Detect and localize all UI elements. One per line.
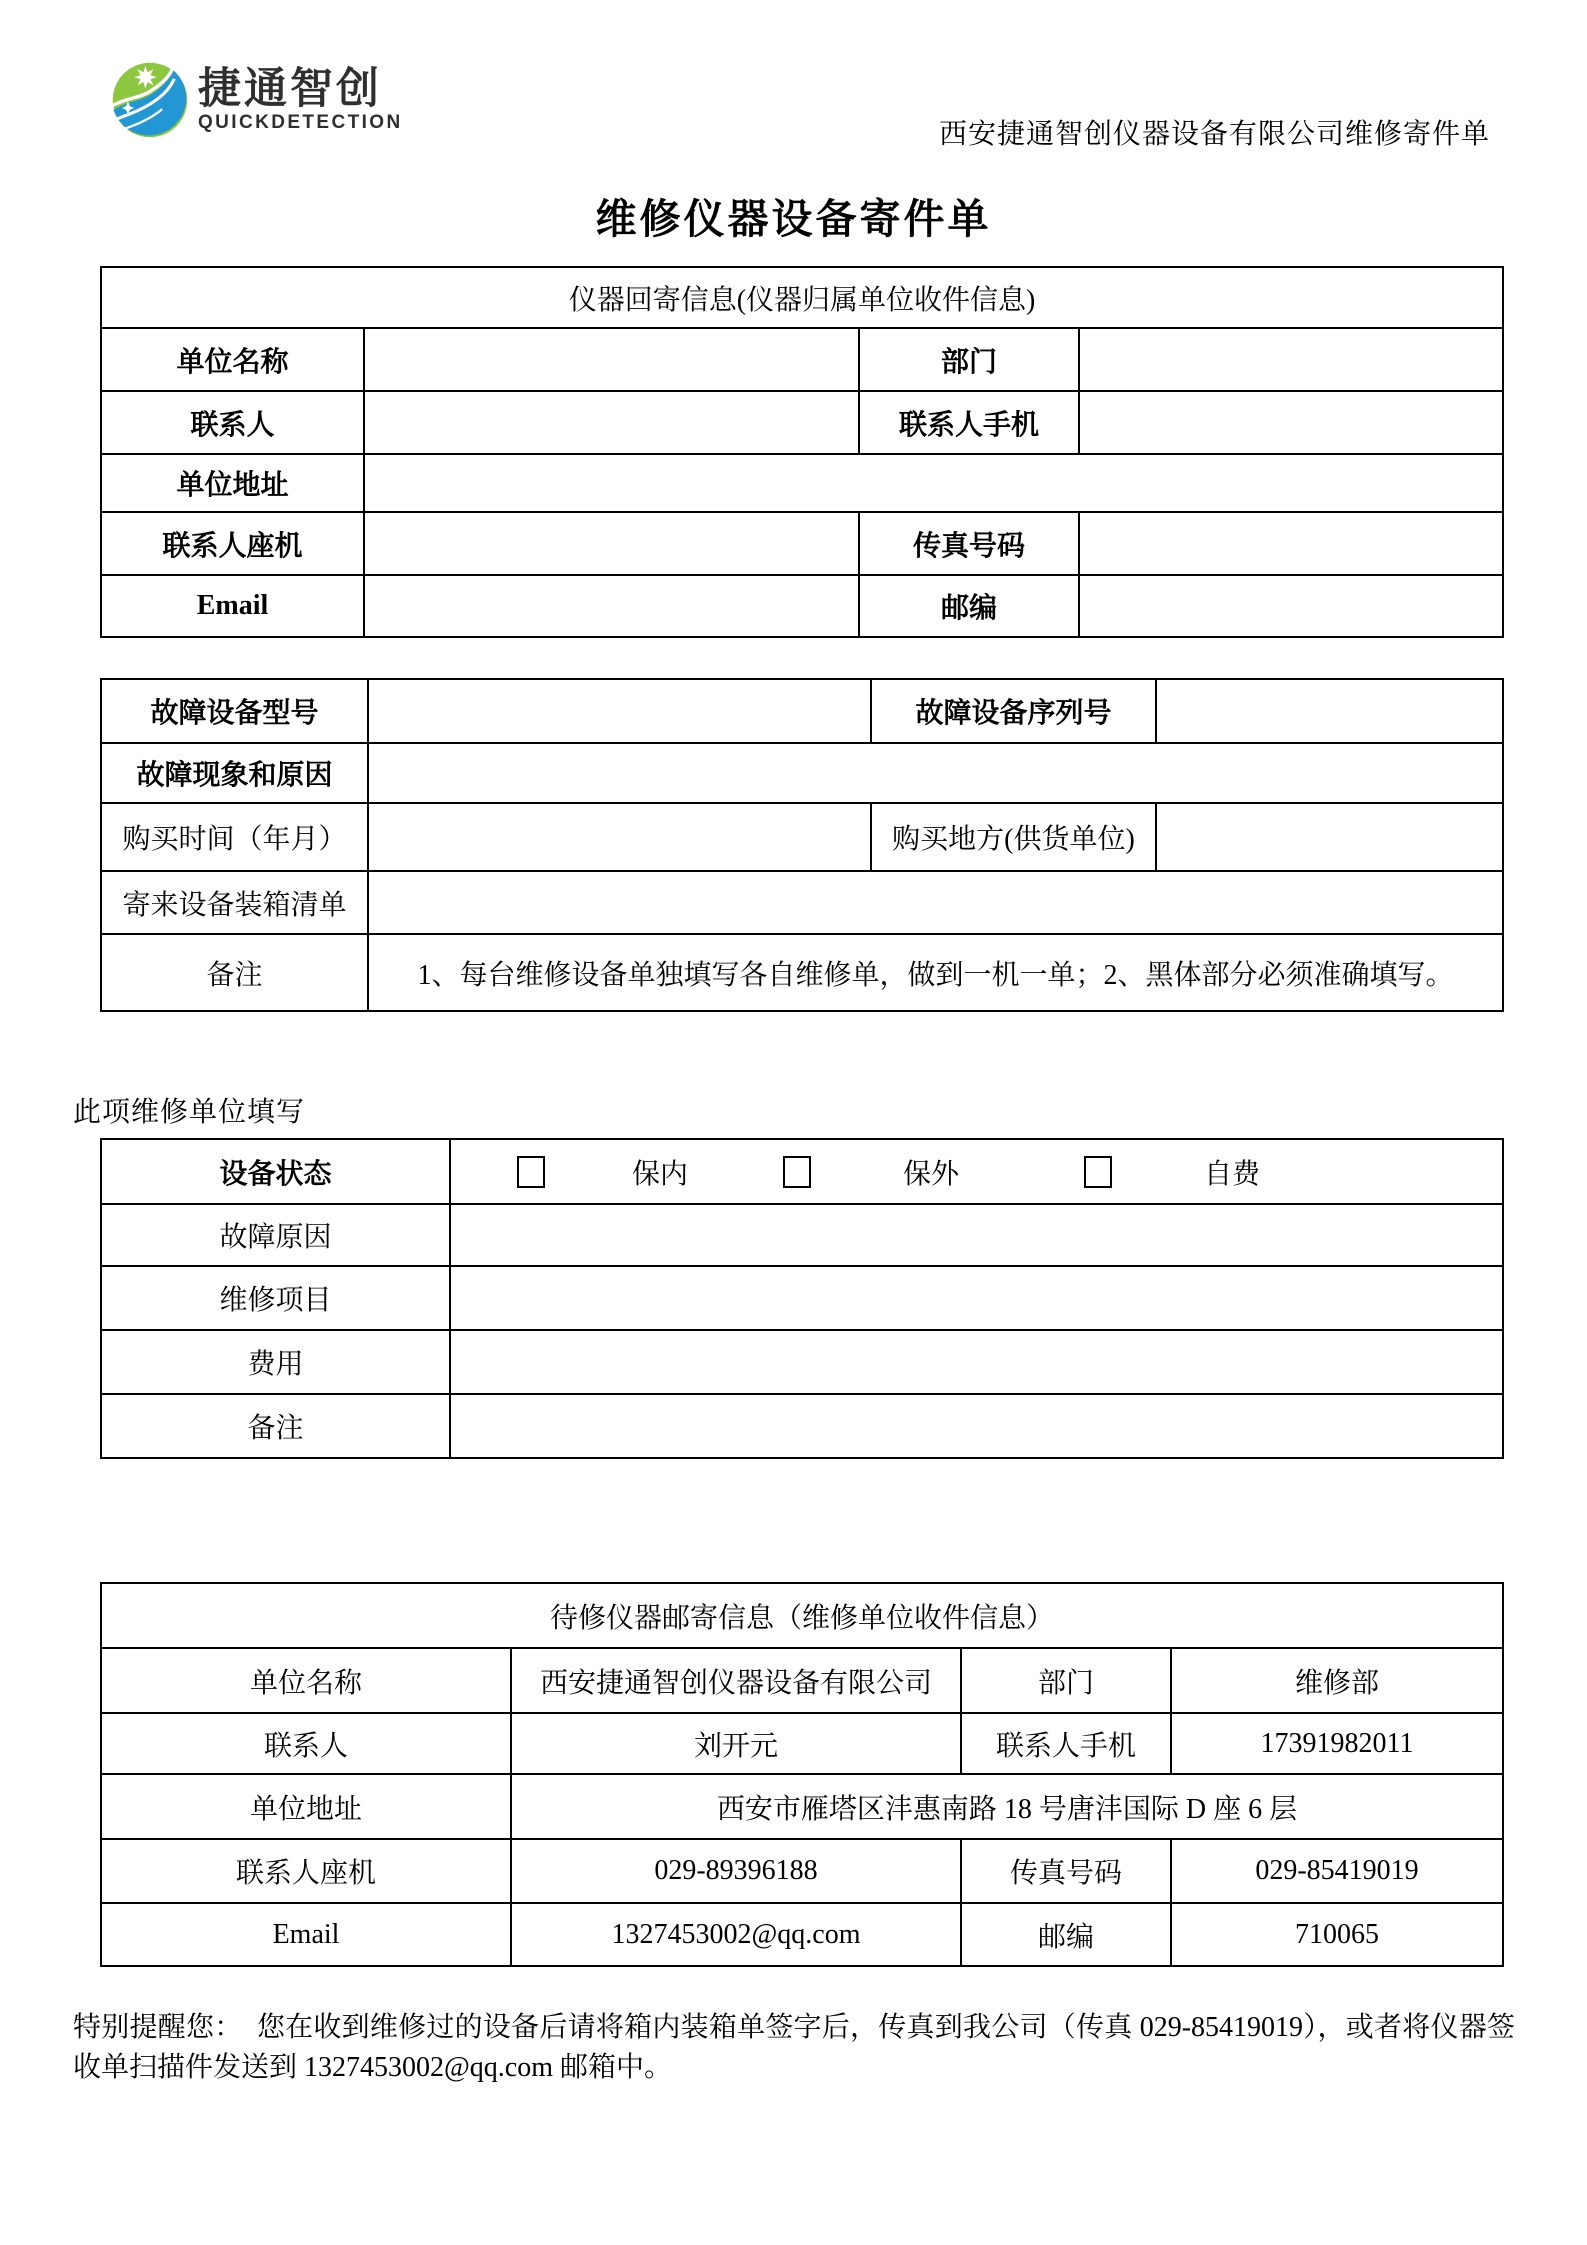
- checkbox-zifei[interactable]: [1084, 1156, 1112, 1188]
- return-info-section-header: 仪器回寄信息(仪器归属单位收件信息): [101, 267, 1503, 328]
- repair-unit-section-note: 此项维修单位填写: [73, 1090, 305, 1130]
- mailing-dept-value: 维修部: [1171, 1648, 1503, 1713]
- purchase-time-label: 购买时间（年月）: [101, 803, 368, 871]
- mailing-zip-value: 710065: [1171, 1903, 1503, 1966]
- mailing-info-section-header: 待修仪器邮寄信息（维修单位收件信息）: [101, 1583, 1503, 1648]
- mobile-label: 联系人手机: [859, 391, 1079, 454]
- mailing-dept-label: 部门: [961, 1648, 1171, 1713]
- document-title: 维修仪器设备寄件单: [0, 186, 1587, 245]
- fault-remark-label: 备注: [101, 934, 368, 1011]
- mailing-email-label: Email: [101, 1903, 511, 1966]
- cost-field[interactable]: [450, 1330, 1503, 1394]
- dept-label: 部门: [859, 328, 1079, 391]
- fax-label: 传真号码: [859, 512, 1079, 575]
- repair-items-label: 维修项目: [101, 1266, 450, 1330]
- mailing-unit-name-label: 单位名称: [101, 1648, 511, 1713]
- mobile-field[interactable]: [1079, 391, 1503, 454]
- mailing-info-table: 待修仪器邮寄信息（维修单位收件信息） 单位名称 西安捷通智创仪器设备有限公司 部…: [100, 1582, 1504, 1967]
- mailing-phone-label: 联系人座机: [101, 1839, 511, 1903]
- phone-field[interactable]: [364, 512, 859, 575]
- fault-remark-note: 1、每台维修设备单独填写各自维修单，做到一机一单；2、黑体部分必须准确填写。: [368, 934, 1503, 1011]
- email-field[interactable]: [364, 575, 859, 637]
- mailing-email-value: 1327453002@qq.com: [511, 1903, 961, 1966]
- purchase-place-field[interactable]: [1156, 803, 1503, 871]
- logo-globe-icon: [112, 62, 188, 138]
- checkbox-baonei[interactable]: [517, 1156, 545, 1188]
- email-label: Email: [101, 575, 364, 637]
- mailing-unit-name-value: 西安捷通智创仪器设备有限公司: [511, 1648, 961, 1713]
- mailing-phone-value: 029-89396188: [511, 1839, 961, 1903]
- zip-field[interactable]: [1079, 575, 1503, 637]
- checkbox-baowai[interactable]: [783, 1156, 811, 1188]
- device-model-field[interactable]: [368, 679, 871, 743]
- fault-reason-label: 故障原因: [101, 1204, 450, 1266]
- fax-field[interactable]: [1079, 512, 1503, 575]
- contact-label: 联系人: [101, 391, 364, 454]
- special-reminder-text: 特别提醒您： 您在收到维修过的设备后请将箱内装箱单签字后，传真到我公司（传真 0…: [73, 2008, 1515, 2088]
- contact-field[interactable]: [364, 391, 859, 454]
- company-logo: 捷通智创 QUICKDETECTION: [112, 62, 403, 138]
- repair-items-field[interactable]: [450, 1266, 1503, 1330]
- purchase-place-label: 购买地方(供货单位): [871, 803, 1156, 871]
- repair-remark-field[interactable]: [450, 1394, 1503, 1458]
- mailing-mobile-value: 17391982011: [1171, 1713, 1503, 1774]
- option-label-baonei: 保内: [632, 1152, 688, 1192]
- unit-name-label: 单位名称: [101, 328, 364, 391]
- return-info-table: 仪器回寄信息(仪器归属单位收件信息) 单位名称 部门 联系人 联系人手机 单位地…: [100, 266, 1504, 638]
- packing-list-label: 寄来设备装箱清单: [101, 871, 368, 934]
- address-field[interactable]: [364, 454, 1503, 512]
- fault-device-table: 故障设备型号 故障设备序列号 故障现象和原因 购买时间（年月） 购买地方(供货单…: [100, 678, 1504, 1012]
- packing-list-field[interactable]: [368, 871, 1503, 934]
- device-serial-label: 故障设备序列号: [871, 679, 1156, 743]
- device-status-label: 设备状态: [101, 1139, 450, 1204]
- purchase-time-field[interactable]: [368, 803, 871, 871]
- mailing-address-label: 单位地址: [101, 1774, 511, 1839]
- mailing-contact-value: 刘开元: [511, 1713, 961, 1774]
- zip-label: 邮编: [859, 575, 1079, 637]
- mailing-mobile-label: 联系人手机: [961, 1713, 1171, 1774]
- logo-brand-name: 捷通智创: [198, 66, 403, 112]
- repair-unit-table: 设备状态 保内 保外 自费 故障原因 维修项目 费用 备注: [100, 1138, 1504, 1459]
- mailing-contact-label: 联系人: [101, 1713, 511, 1774]
- fault-symptom-label: 故障现象和原因: [101, 743, 368, 803]
- address-label: 单位地址: [101, 454, 364, 512]
- dept-field[interactable]: [1079, 328, 1503, 391]
- logo-brand-subtitle: QUICKDETECTION: [198, 112, 403, 134]
- mailing-zip-label: 邮编: [961, 1903, 1171, 1966]
- header-company-line: 西安捷通智创仪器设备有限公司维修寄件单: [939, 112, 1490, 152]
- fault-symptom-field[interactable]: [368, 743, 1503, 803]
- option-label-zifei: 自费: [1204, 1152, 1260, 1192]
- device-status-options: 保内 保外 自费: [451, 1152, 1502, 1192]
- mailing-fax-value: 029-85419019: [1171, 1839, 1503, 1903]
- mailing-fax-label: 传真号码: [961, 1839, 1171, 1903]
- cost-label: 费用: [101, 1330, 450, 1394]
- unit-name-field[interactable]: [364, 328, 859, 391]
- device-model-label: 故障设备型号: [101, 679, 368, 743]
- option-label-baowai: 保外: [903, 1152, 959, 1192]
- phone-label: 联系人座机: [101, 512, 364, 575]
- mailing-address-value: 西安市雁塔区沣惠南路 18 号唐沣国际 D 座 6 层: [511, 1774, 1503, 1839]
- device-serial-field[interactable]: [1156, 679, 1503, 743]
- repair-remark-label: 备注: [101, 1394, 450, 1458]
- fault-reason-field[interactable]: [450, 1204, 1503, 1266]
